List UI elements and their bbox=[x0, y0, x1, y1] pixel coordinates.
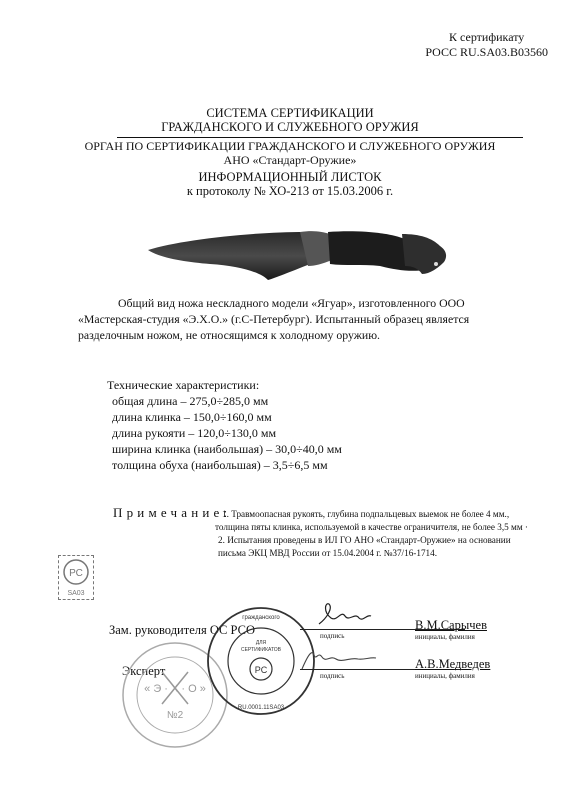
svg-text:№2: №2 bbox=[167, 710, 184, 721]
signature-1-icon bbox=[315, 600, 375, 630]
svg-text:ДЛЯ: ДЛЯ bbox=[256, 640, 267, 646]
svg-text:СЕРТИФИКАТОВ: СЕРТИФИКАТОВ bbox=[241, 647, 282, 653]
spec-item: толщина обуха (наибольшая) – 3,5÷6,5 мм bbox=[107, 457, 342, 473]
technical-specs: Технические характеристики: общая длина … bbox=[107, 377, 342, 473]
note-2-continued: письма ЭКЦ МВД России от 15.04.2004 г. №… bbox=[218, 547, 437, 560]
system-header: СИСТЕМА СЕРТИФИКАЦИИ ГРАЖДАНСКОГО И СЛУЖ… bbox=[0, 106, 580, 134]
knife-photo-icon bbox=[140, 220, 460, 290]
certification-mark-stamp: РС SA03 bbox=[58, 555, 94, 600]
certification-body: ОРГАН ПО СЕРТИФИКАЦИИ ГРАЖДАНСКОГО И СЛУ… bbox=[0, 139, 580, 167]
certification-body-line2: АНО «Стандарт-Оружие» bbox=[0, 153, 580, 167]
signatory-name-1: В.М.Сарычев bbox=[415, 618, 487, 633]
note-2: 2. Испытания проведены в ИЛ ГО АНО «Стан… bbox=[218, 534, 511, 547]
description-line2: «Мастерская-студия «Э.Х.О.» (г.С-Петербу… bbox=[78, 311, 540, 327]
spec-item: длина клинка – 150,0÷160,0 мм bbox=[107, 409, 342, 425]
spec-item: длина рукояти – 120,0÷130,0 мм bbox=[107, 425, 342, 441]
description-line1: Общий вид ножа нескладного модели «Ягуар… bbox=[118, 296, 465, 310]
signatory-name-2: А.В.Медведев bbox=[415, 657, 490, 672]
certificate-reference: К сертификату РОСС RU.SA03.B03560 bbox=[425, 30, 548, 60]
svg-text:гражданского: гражданского bbox=[242, 615, 280, 621]
notes-title: Примечание: bbox=[113, 505, 231, 521]
certificate-number: РОСС RU.SA03.B03560 bbox=[425, 45, 548, 60]
svg-text:РС: РС bbox=[69, 568, 83, 579]
header-divider bbox=[117, 137, 523, 138]
system-title-line2: ГРАЖДАНСКОГО И СЛУЖЕБНОГО ОРУЖИЯ bbox=[0, 120, 580, 134]
description-line3: разделочным ножом, не относящимся к холо… bbox=[78, 327, 540, 343]
note-1: 1. Травмоопасная рукоять, глубина подпал… bbox=[222, 508, 509, 521]
svg-text:РС: РС bbox=[255, 665, 268, 675]
document-title-block: ИНФОРМАЦИОННЫЙ ЛИСТОК к протоколу № ХО-2… bbox=[0, 170, 580, 198]
spec-item: ширина клинка (наибольшая) – 30,0÷40,0 м… bbox=[107, 441, 342, 457]
stamp-code: SA03 bbox=[67, 590, 84, 597]
certificate-ref-label: К сертификату bbox=[425, 30, 548, 45]
document-subtitle: к протоколу № ХО-213 от 15.03.2006 г. bbox=[0, 184, 580, 198]
name-caption-1: инициалы, фамилия bbox=[415, 633, 475, 641]
spec-item: общая длина – 275,0÷285,0 мм bbox=[107, 393, 342, 409]
svg-text:RU.0001.11SA03: RU.0001.11SA03 bbox=[238, 705, 285, 711]
certification-body-line1: ОРГАН ПО СЕРТИФИКАЦИИ ГРАЖДАНСКОГО И СЛУ… bbox=[0, 139, 580, 153]
note-1-continued: толщина пяты клинка, используемой в каче… bbox=[215, 521, 528, 534]
signature-caption-2: подпись bbox=[320, 672, 344, 680]
name-caption-2: инициалы, фамилия bbox=[415, 672, 475, 680]
specs-title: Технические характеристики: bbox=[107, 377, 342, 393]
signature-2-icon bbox=[300, 645, 380, 673]
signature-caption-1: подпись bbox=[320, 632, 344, 640]
system-title-line1: СИСТЕМА СЕРТИФИКАЦИИ bbox=[0, 106, 580, 120]
document-title: ИНФОРМАЦИОННЫЙ ЛИСТОК bbox=[0, 170, 580, 184]
description-paragraph: Общий вид ножа нескладного модели «Ягуар… bbox=[78, 295, 540, 343]
rs-mark-icon: РС SA03 bbox=[59, 556, 93, 599]
